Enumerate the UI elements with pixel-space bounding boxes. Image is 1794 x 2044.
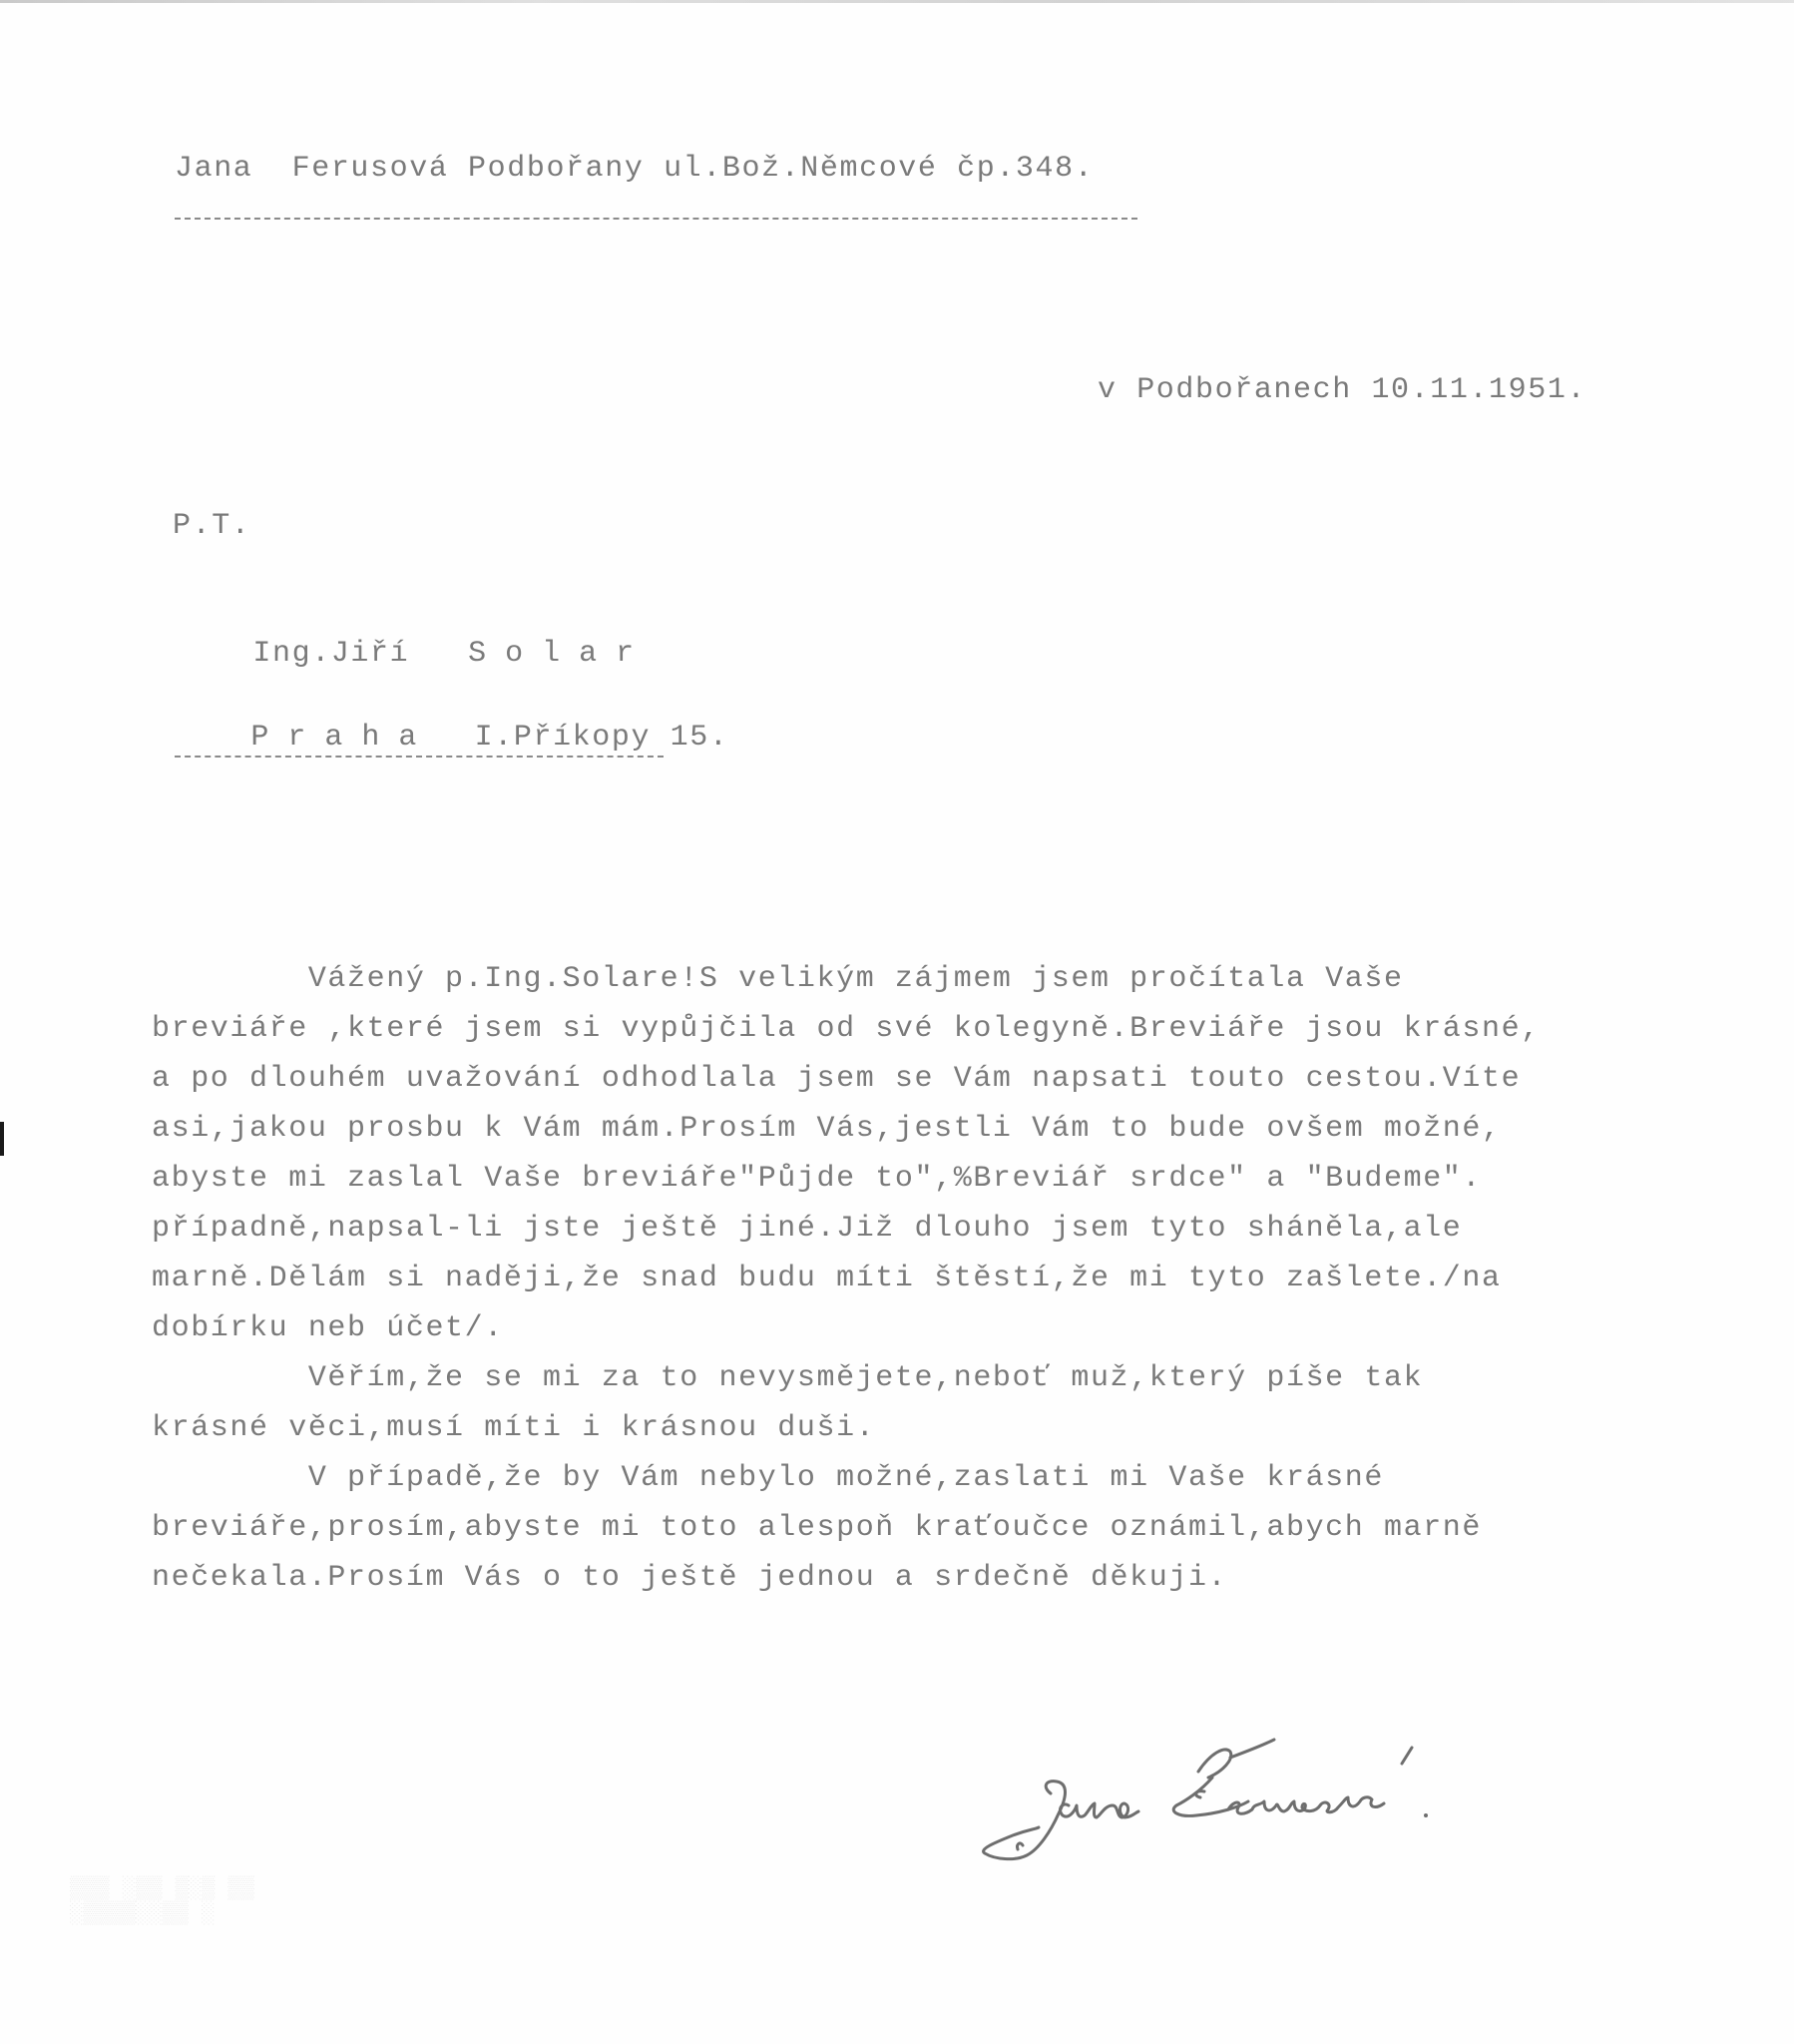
sender-line: Jana Ferusová Podbořany ul.Bož.Němcové č…: [175, 154, 1094, 184]
body-line: případně,napsal-li jste ještě jiné.Již d…: [152, 1214, 1462, 1244]
recipient-city: Praha: [250, 721, 435, 755]
salutation-abbrev: P.T.: [173, 511, 250, 541]
body-line: breviáře,prosím,abyste mi toto alespoň k…: [152, 1513, 1482, 1543]
body-line: V případě,že by Vám nebylo možné,zaslati…: [152, 1463, 1384, 1493]
body-line: a po dlouhém uvažování odhodlala jsem se…: [152, 1064, 1521, 1094]
body-line: nečekala.Prosím Vás o to ještě jednou a …: [152, 1563, 1227, 1593]
recipient-underline: [175, 756, 664, 758]
body-line: asi,jakou prosbu k Vám mám.Prosím Vás,je…: [152, 1114, 1502, 1144]
recipient-street: I.Příkopy 15.: [475, 721, 729, 755]
letter-page: Jana Ferusová Podbořany ul.Bož.Němcové č…: [0, 0, 1794, 2044]
body-line: Věřím,že se mi za to nevysmějete,neboť m…: [152, 1363, 1423, 1393]
scan-top-edge: [0, 0, 1794, 3]
faded-stamp-residue: ▒▒▒ ░▒▒ ▒░▒ ▒▒ ░▒▒▒▒░░▒▒ ░: [70, 1876, 389, 1956]
body-line: krásné věci,musí míti i krásnou duši.: [152, 1413, 875, 1443]
body-line: marně.Dělám si naději,že snad budu míti …: [152, 1264, 1502, 1293]
body-line: dobírku neb účet/.: [152, 1313, 504, 1343]
handwritten-signature: [973, 1732, 1432, 1866]
body-line: Vážený p.Ing.Solare!S velikým zájmem jse…: [152, 964, 1404, 994]
body-line: abyste mi zaslal Vaše breviáře"Půjde to"…: [152, 1164, 1482, 1194]
body-line: breviáře ,které jsem si vypůjčila od své…: [152, 1014, 1541, 1044]
scan-left-mark: [0, 1122, 4, 1156]
sender-underline: [175, 218, 1137, 220]
date-line: v Podbořanech 10.11.1951.: [1098, 375, 1586, 405]
recipient-surname: Solar: [468, 637, 653, 671]
recipient-address: Praha I.Příkopy 15.: [173, 693, 729, 782]
recipient-name: Ing.Jiří Solar: [175, 609, 653, 699]
recipient-name-prefix: Ing.Jiří: [252, 637, 409, 671]
